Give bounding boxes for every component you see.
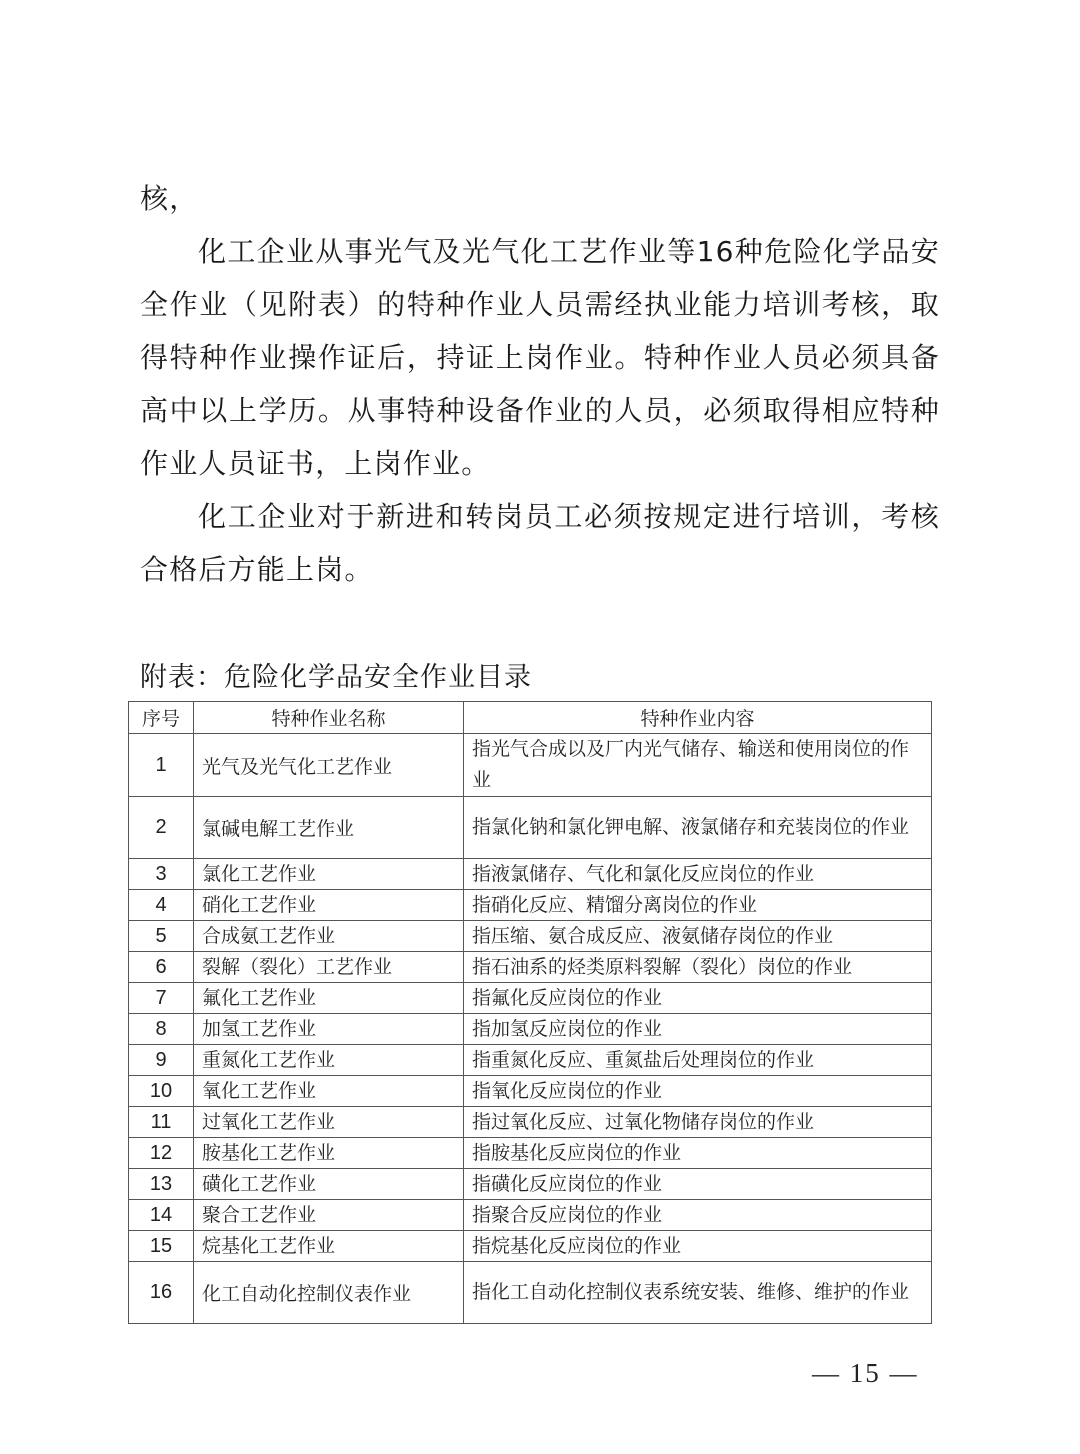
table-header-row: 序号 特种作业名称 特种作业内容 (129, 702, 932, 734)
operation-content: 指硝化反应、精馏分离岗位的作业 (464, 890, 932, 921)
operation-content: 指化工自动化控制仪表系统安装、维修、维护的作业 (464, 1262, 932, 1324)
page-number: — 15 — (812, 1358, 919, 1389)
operation-name: 烷基化工艺作业 (194, 1231, 464, 1262)
hazardous-operations-table: 序号 特种作业名称 特种作业内容 1光气及光气化工艺作业指光气合成以及厂内光气储… (128, 701, 932, 1324)
row-number: 16 (129, 1262, 194, 1324)
row-number: 12 (129, 1138, 194, 1169)
row-number: 13 (129, 1169, 194, 1200)
operation-content: 指加氢反应岗位的作业 (464, 1014, 932, 1045)
operation-name: 过氧化工艺作业 (194, 1107, 464, 1138)
header-operation-content: 特种作业内容 (464, 702, 932, 734)
operation-content: 指聚合反应岗位的作业 (464, 1200, 932, 1231)
operation-content: 指氧化反应岗位的作业 (464, 1076, 932, 1107)
row-number: 15 (129, 1231, 194, 1262)
table-row: 6裂解（裂化）工艺作业指石油系的烃类原料裂解（裂化）岗位的作业 (129, 952, 932, 983)
table-row: 16化工自动化控制仪表作业指化工自动化控制仪表系统安装、维修、维护的作业 (129, 1262, 932, 1324)
operation-name: 氟化工艺作业 (194, 983, 464, 1014)
operation-name: 化工自动化控制仪表作业 (194, 1262, 464, 1324)
row-number: 6 (129, 952, 194, 983)
row-number: 1 (129, 734, 194, 797)
row-number: 5 (129, 921, 194, 952)
operation-content: 指液氯储存、气化和氯化反应岗位的作业 (464, 859, 932, 890)
paragraph-special-operations: 化工企业从事光气及光气化工艺作业等16种危险化学品安全作业（见附表）的特种作业人… (140, 225, 940, 490)
table-row: 2氯碱电解工艺作业指氯化钠和氯化钾电解、液氯储存和充装岗位的作业 (129, 797, 932, 859)
operation-name: 胺基化工艺作业 (194, 1138, 464, 1169)
table-row: 1光气及光气化工艺作业指光气合成以及厂内光气储存、输送和使用岗位的作业 (129, 734, 932, 797)
row-number: 10 (129, 1076, 194, 1107)
table-row: 7氟化工艺作业指氟化反应岗位的作业 (129, 983, 932, 1014)
operation-name: 磺化工艺作业 (194, 1169, 464, 1200)
table-row: 9重氮化工艺作业指重氮化反应、重氮盐后处理岗位的作业 (129, 1045, 932, 1076)
operation-name: 氧化工艺作业 (194, 1076, 464, 1107)
table-row: 8加氢工艺作业指加氢反应岗位的作业 (129, 1014, 932, 1045)
operation-content: 指压缩、氨合成反应、液氨储存岗位的作业 (464, 921, 932, 952)
row-number: 11 (129, 1107, 194, 1138)
table-title: 附表：危险化学品安全作业目录 (140, 660, 532, 696)
row-number: 7 (129, 983, 194, 1014)
operation-name: 裂解（裂化）工艺作业 (194, 952, 464, 983)
operation-content: 指胺基化反应岗位的作业 (464, 1138, 932, 1169)
row-number: 14 (129, 1200, 194, 1231)
row-number: 3 (129, 859, 194, 890)
operation-name: 重氮化工艺作业 (194, 1045, 464, 1076)
operation-content: 指氯化钠和氯化钾电解、液氯储存和充装岗位的作业 (464, 797, 932, 859)
header-operation-name: 特种作业名称 (194, 702, 464, 734)
operation-content: 指磺化反应岗位的作业 (464, 1169, 932, 1200)
operation-name: 硝化工艺作业 (194, 890, 464, 921)
operation-content: 指光气合成以及厂内光气储存、输送和使用岗位的作业 (464, 734, 932, 797)
header-number: 序号 (129, 702, 194, 734)
operation-name: 氯化工艺作业 (194, 859, 464, 890)
row-number: 8 (129, 1014, 194, 1045)
operation-content: 指氟化反应岗位的作业 (464, 983, 932, 1014)
paragraph-continuation: 核， (140, 172, 940, 225)
table-row: 13磺化工艺作业指磺化反应岗位的作业 (129, 1169, 932, 1200)
operation-content: 指烷基化反应岗位的作业 (464, 1231, 932, 1262)
table-row: 3氯化工艺作业指液氯储存、气化和氯化反应岗位的作业 (129, 859, 932, 890)
row-number: 4 (129, 890, 194, 921)
operation-content: 指重氮化反应、重氮盐后处理岗位的作业 (464, 1045, 932, 1076)
table-row: 5合成氨工艺作业指压缩、氨合成反应、液氨储存岗位的作业 (129, 921, 932, 952)
operation-content: 指过氧化反应、过氧化物储存岗位的作业 (464, 1107, 932, 1138)
operation-name: 聚合工艺作业 (194, 1200, 464, 1231)
row-number: 2 (129, 797, 194, 859)
operation-name: 光气及光气化工艺作业 (194, 734, 464, 797)
table-row: 14聚合工艺作业指聚合反应岗位的作业 (129, 1200, 932, 1231)
table-row: 11过氧化工艺作业指过氧化反应、过氧化物储存岗位的作业 (129, 1107, 932, 1138)
operation-content: 指石油系的烃类原料裂解（裂化）岗位的作业 (464, 952, 932, 983)
table-row: 10氧化工艺作业指氧化反应岗位的作业 (129, 1076, 932, 1107)
paragraph-new-employees: 化工企业对于新进和转岗员工必须按规定进行培训，考核合格后方能上岗。 (140, 490, 940, 596)
table-row: 12胺基化工艺作业指胺基化反应岗位的作业 (129, 1138, 932, 1169)
table-row: 4硝化工艺作业指硝化反应、精馏分离岗位的作业 (129, 890, 932, 921)
operation-name: 加氢工艺作业 (194, 1014, 464, 1045)
operation-name: 合成氨工艺作业 (194, 921, 464, 952)
table-row: 15烷基化工艺作业指烷基化反应岗位的作业 (129, 1231, 932, 1262)
row-number: 9 (129, 1045, 194, 1076)
operation-name: 氯碱电解工艺作业 (194, 797, 464, 859)
